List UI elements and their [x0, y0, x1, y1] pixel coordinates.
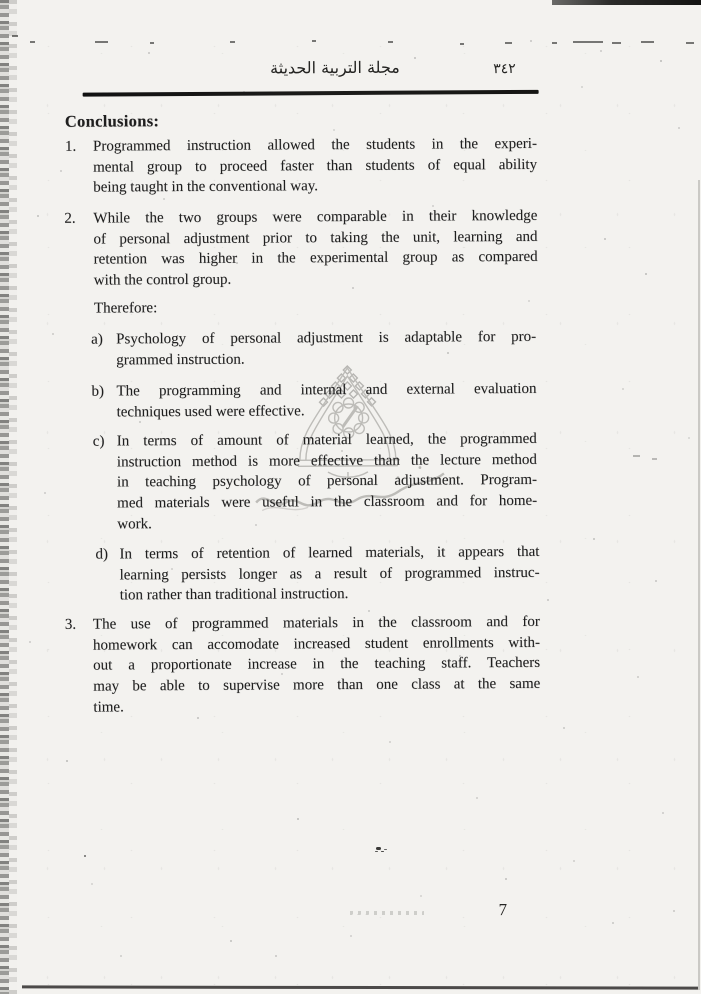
- text-line: being taught in the conventional way.: [93, 175, 537, 198]
- text-line: out a proportionate increase in the teac…: [93, 653, 540, 676]
- text-line: in teaching psychology of personal adjus…: [117, 470, 537, 493]
- text-line: learning persists longer as a result of …: [120, 563, 540, 586]
- page-number: 7: [499, 900, 508, 920]
- text-line: The use of programmed materials in the c…: [93, 612, 540, 635]
- text-line: grammed instruction.: [116, 348, 536, 371]
- text-line: Psychology of personal adjustment is ada…: [116, 327, 536, 350]
- conclusion-item-3: 3. The use of programmed materials in th…: [1, 611, 701, 615]
- journal-title-arabic: مجلة التربية الحديثة: [247, 58, 422, 78]
- list-marker: a): [91, 330, 103, 351]
- text-line: work.: [117, 512, 537, 535]
- header-rule: [83, 90, 539, 96]
- text-line: mental group to proceed faster than stud…: [93, 155, 537, 178]
- conclusion-item-1: 1. Programmed instruction allowed the st…: [0, 133, 699, 137]
- text-line: In terms of amount of material learned, …: [117, 429, 537, 452]
- text-line: may be able to supervise more than one c…: [93, 674, 540, 697]
- list-marker: 1.: [65, 137, 76, 158]
- text-line: While the two groups were comparable in …: [93, 206, 537, 229]
- list-marker: d): [95, 544, 108, 565]
- text-line: with the control group.: [94, 268, 538, 291]
- text-line: time.: [93, 695, 540, 718]
- list-marker: 3.: [65, 615, 76, 636]
- text-line: retention was higher in the experimental…: [94, 247, 538, 270]
- page-content: مجلة التربية الحديثة ٣٤٢ Conclusions: 1.…: [0, 0, 701, 994]
- text-line: techniques used were effective.: [117, 400, 537, 423]
- conclusions-heading: Conclusions:: [65, 111, 159, 132]
- list-marker: 2.: [64, 209, 75, 230]
- scanned-document-page: مجلة التربية الحديثة ٣٤٢ Conclusions: 1.…: [0, 0, 701, 994]
- conclusion-item-2: 2. While the two groups were comparable …: [0, 205, 699, 209]
- therefore-label: Therefore:: [94, 298, 157, 319]
- page-number-arabic: ٣٤٢: [469, 61, 539, 77]
- text-line: tion rather than traditional instruction…: [120, 583, 540, 606]
- text-line: In terms of retention of learned materia…: [119, 542, 539, 565]
- text-line: med materials were useful in the classro…: [117, 491, 537, 514]
- conclusion-sub-d: d) In terms of retention of learned mate…: [0, 541, 701, 545]
- list-marker: b): [91, 382, 104, 403]
- text-line: Programmed instruction allowed the stude…: [93, 134, 537, 157]
- text-line: homework can accomodate increased studen…: [93, 633, 540, 656]
- text-line: The programming and internal and externa…: [116, 379, 536, 402]
- conclusion-sub-a: a) Psychology of personal adjustment is …: [0, 326, 700, 330]
- text-line: of personal adjustment prior to taking t…: [93, 227, 537, 250]
- text-line: instruction method is more effective tha…: [117, 450, 537, 473]
- list-marker: c): [93, 431, 105, 452]
